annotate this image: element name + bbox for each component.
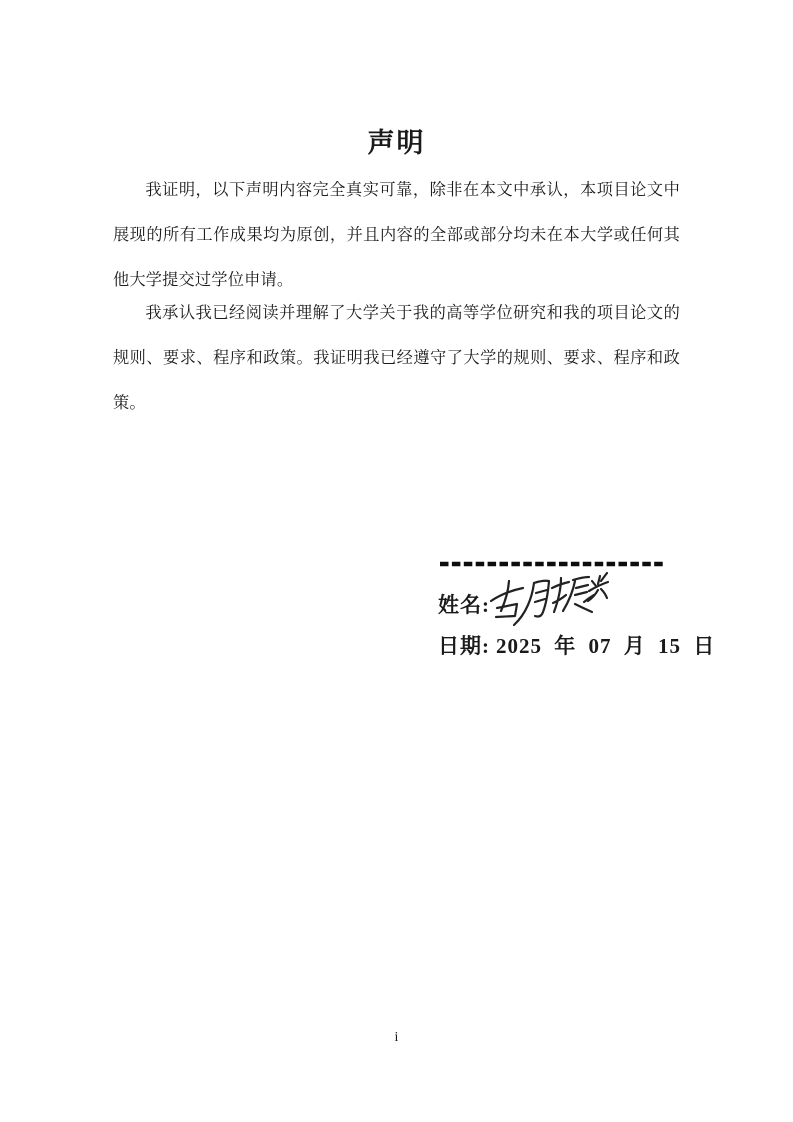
declaration-paragraph-2: 我承认我已经阅读并理解了大学关于我的高等学位研究和我的项目论文的规则、要求、程序… xyxy=(113,291,680,426)
signature-block: 姓名: xyxy=(438,560,678,660)
date-row: 日期:2025 年 07 月 15 日 xyxy=(438,630,678,660)
name-row: 姓名: xyxy=(438,582,678,628)
date-value: 2025 年 07 月 15 日 xyxy=(496,634,715,658)
page-title: 声明 xyxy=(0,121,793,160)
handwritten-signature xyxy=(488,570,610,630)
page-number: i xyxy=(0,1030,793,1046)
date-label: 日期: xyxy=(438,634,490,658)
declaration-page: 声明 我证明，以下声明内容完全真实可靠，除非在本文中承认，本项目论文中展现的所有… xyxy=(0,0,793,1122)
signature-dashed-line xyxy=(438,560,666,568)
declaration-paragraph-1: 我证明，以下声明内容完全真实可靠，除非在本文中承认，本项目论文中展现的所有工作成… xyxy=(113,168,680,303)
name-label: 姓名: xyxy=(438,593,490,617)
